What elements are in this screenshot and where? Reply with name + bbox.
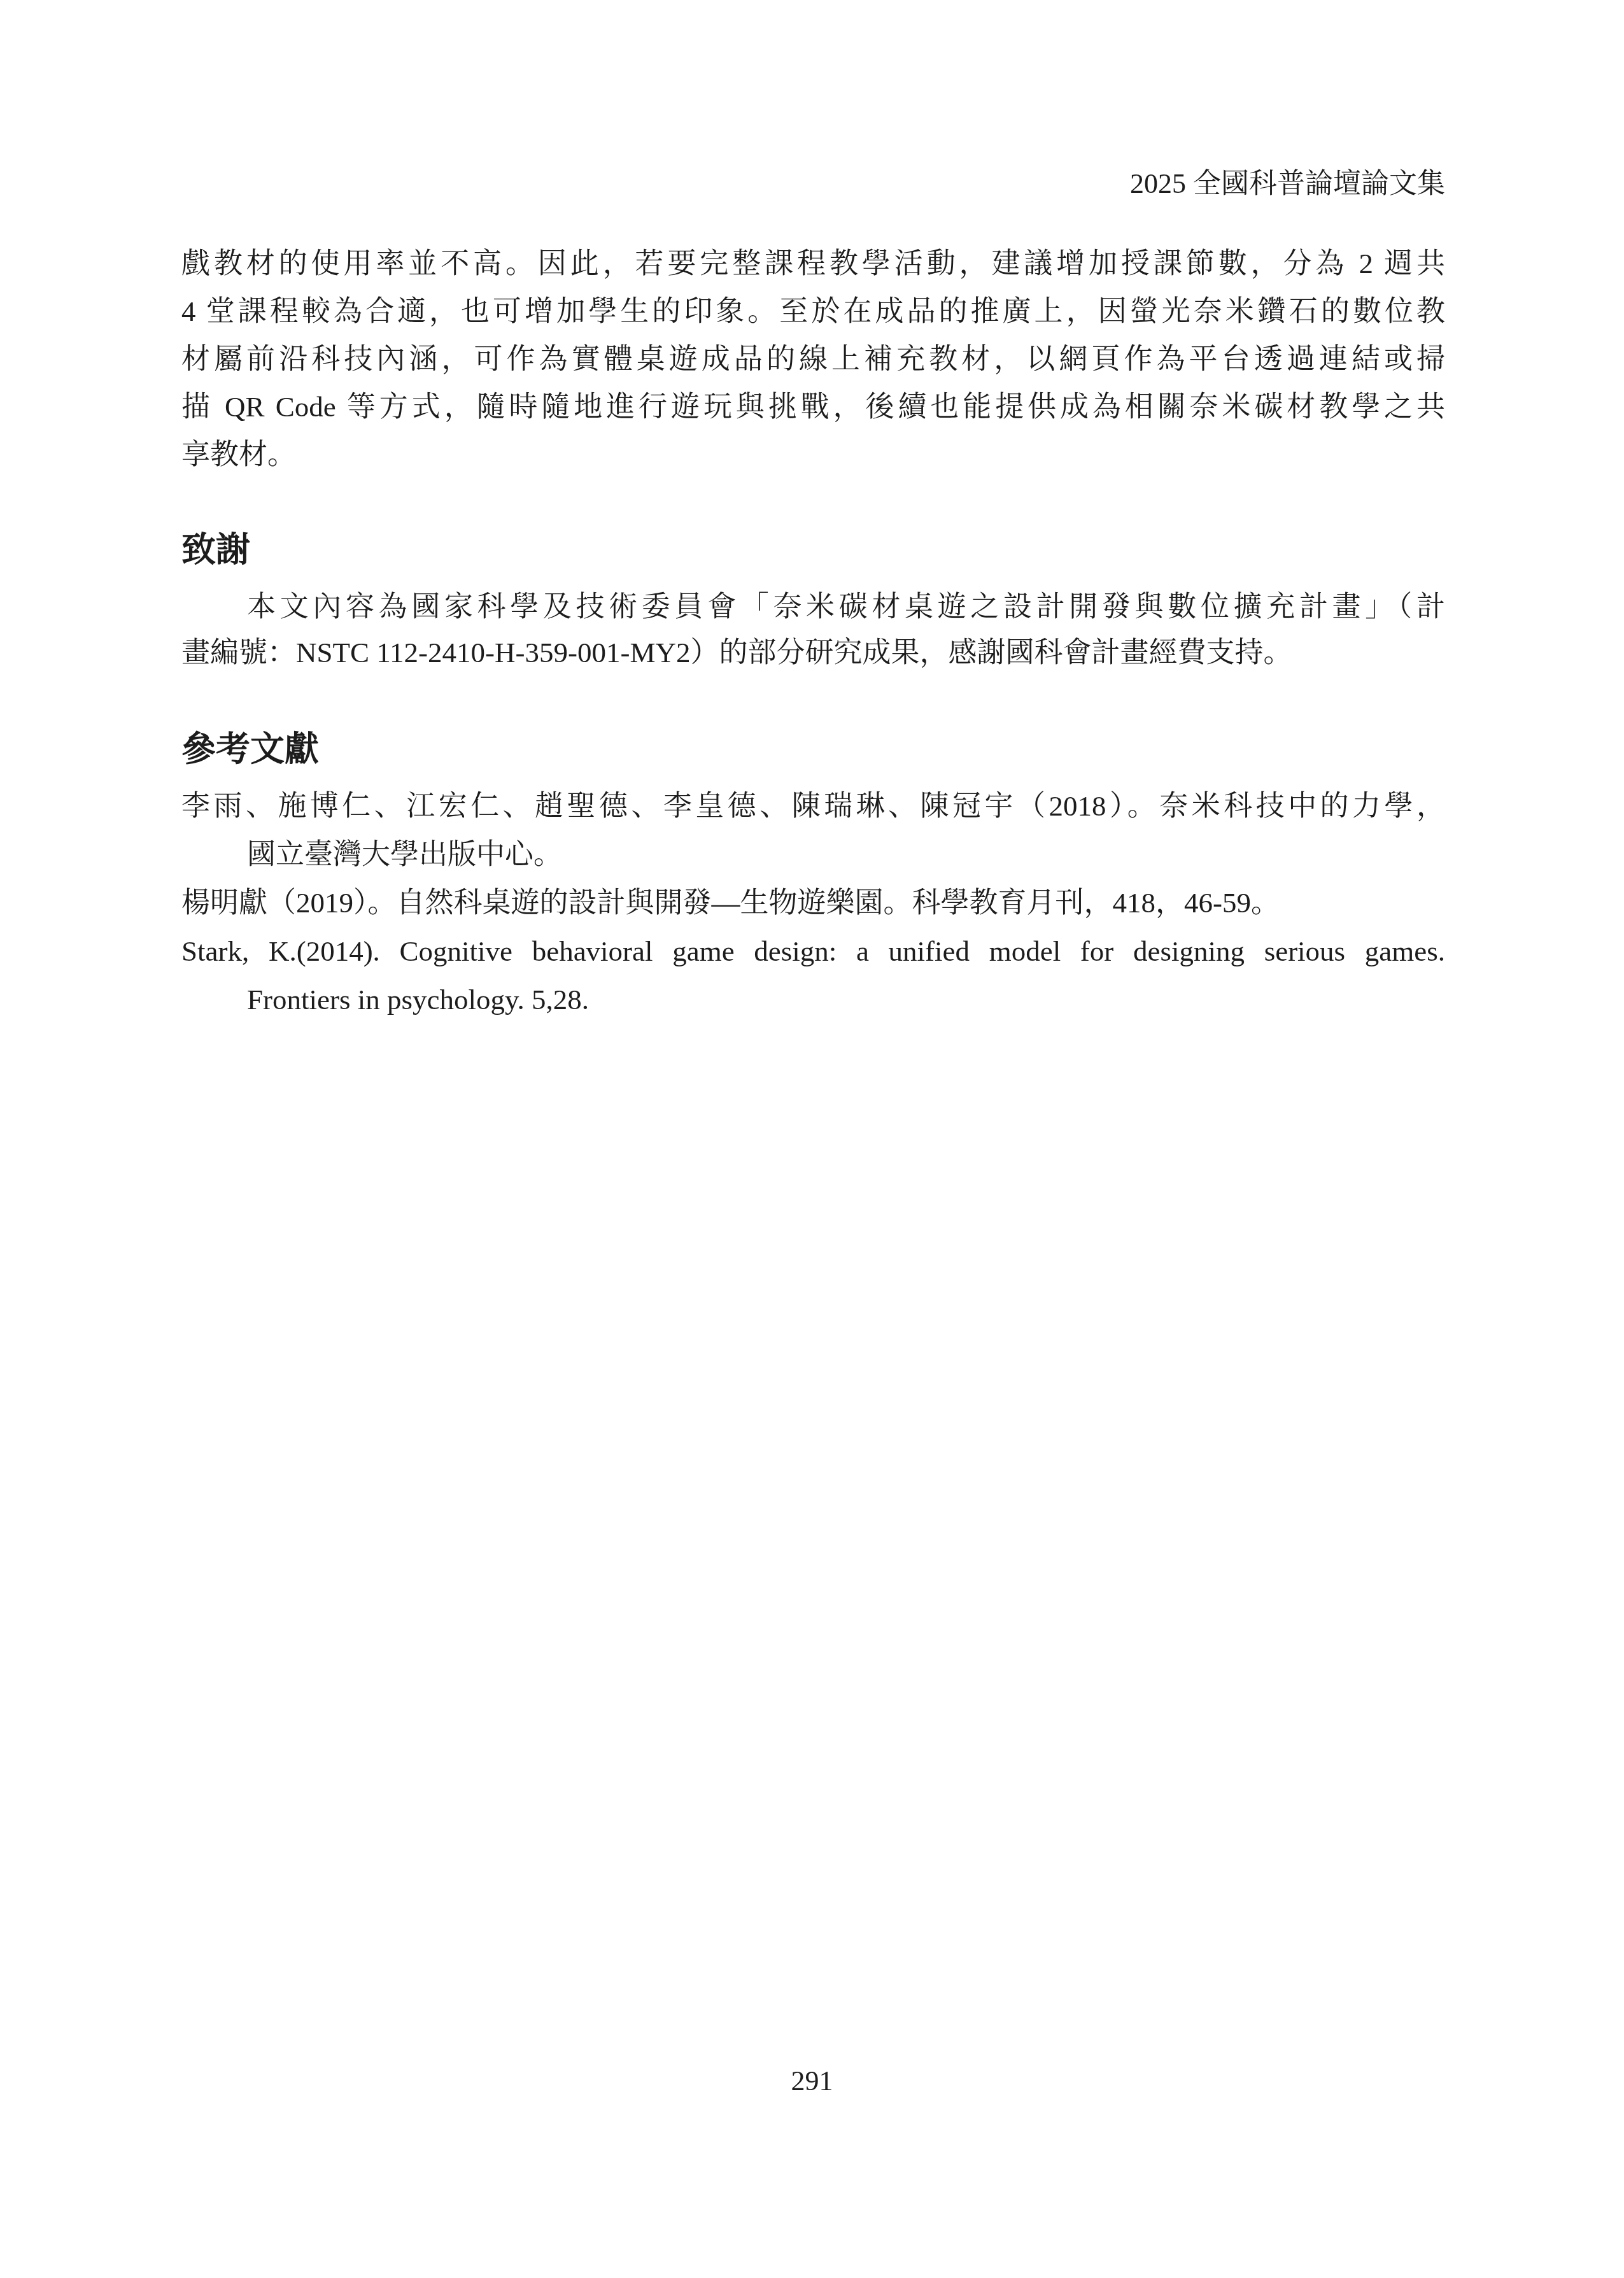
document-page: 2025 全國科普論壇論文集 戲教材的使用率並不高。因此，若要完整課程教學活動，… [0,0,1624,2278]
acknowledgement-heading: 致謝 [181,530,250,571]
references-list: 李雨、施博仁、江宏仁、趙聖德、李皇德、陳瑞琳、陳冠宇（2018）。奈米科技中的力… [181,782,1445,1024]
reference-line: 楊明獻（2019）。自然科桌遊的設計與開發—生物遊樂園。科學教育月刊，418，4… [181,879,1445,927]
page-header: 2025 全國科普論壇論文集 [181,167,1445,201]
references-heading: 參考文獻 [181,729,319,770]
reference-line: Stark, K.(2014). Cognitive behavioral ga… [181,927,1445,975]
paragraph-line: 享教材。 [181,431,1445,479]
continued-paragraph: 戲教材的使用率並不高。因此，若要完整課程教學活動，建議增加授課節數，分為 2 週… [181,240,1445,479]
reference-line: Frontiers in psychology. 5,28. [181,975,1445,1024]
reference-line: 李雨、施博仁、江宏仁、趙聖德、李皇德、陳瑞琳、陳冠宇（2018）。奈米科技中的力… [181,782,1445,830]
acknowledgement-paragraph: 本文內容為國家科學及技術委員會「奈米碳材桌遊之設計開發與數位擴充計畫」（計畫編號… [181,584,1445,676]
paragraph-line: 材屬前沿科技內涵，可作為實體桌遊成品的線上補充教材，以網頁作為平台透過連結或掃 [181,336,1445,383]
paragraph-line: 4 堂課程較為合適，也可增加學生的印象。至於在成品的推廣上，因螢光奈米鑽石的數位… [181,288,1445,336]
reference-line: 國立臺灣大學出版中心。 [181,830,1445,879]
header-title: 2025 全國科普論壇論文集 [1130,168,1445,199]
acknowledgement-line: 本文內容為國家科學及技術委員會「奈米碳材桌遊之設計開發與數位擴充計畫」（計 [181,584,1445,630]
acknowledgement-line: 畫編號：NSTC 112-2410-H-359-001-MY2）的部分研究成果，… [181,630,1445,676]
paragraph-line: 描 QR Code 等方式，隨時隨地進行遊玩與挑戰，後續也能提供成為相關奈米碳材… [181,383,1445,431]
paragraph-line: 戲教材的使用率並不高。因此，若要完整課程教學活動，建議增加授課節數，分為 2 週… [181,240,1445,288]
page-number: 291 [0,2064,1624,2098]
